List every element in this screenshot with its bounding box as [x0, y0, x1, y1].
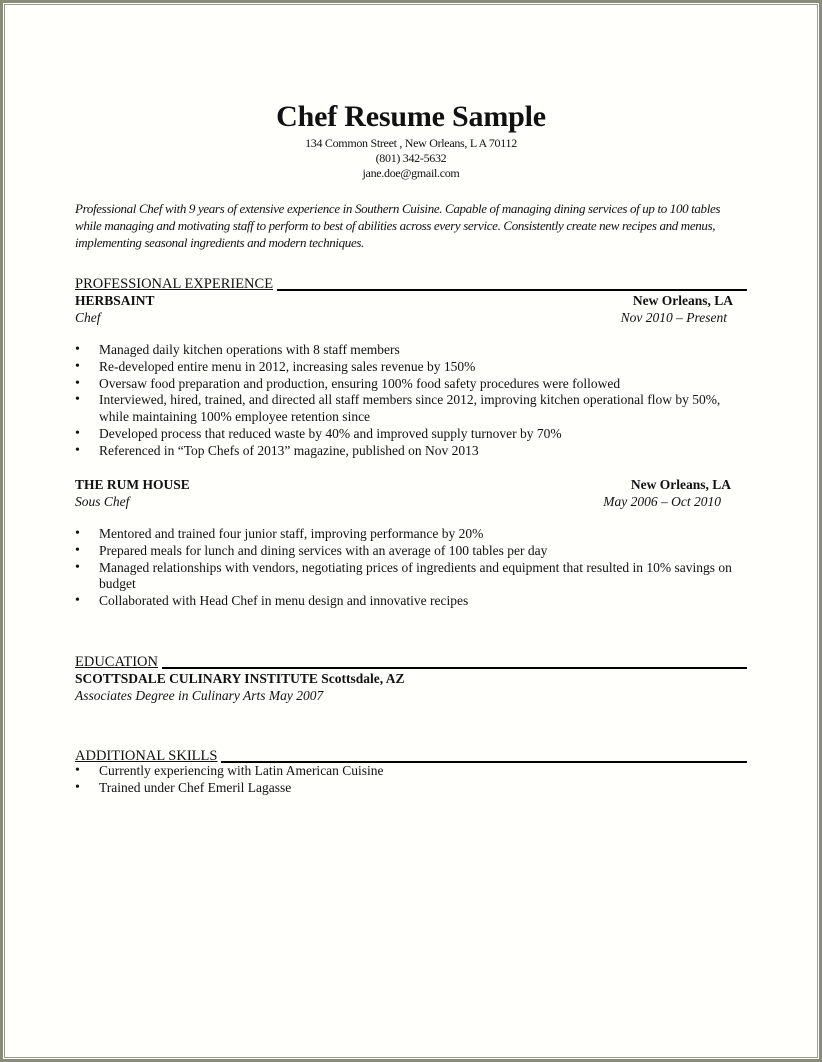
job-role-row: Chef Nov 2010 – Present [75, 309, 747, 326]
job-dates: May 2006 – Oct 2010 [603, 493, 721, 510]
list-item: Currently experiencing with Latin Americ… [75, 763, 747, 780]
job-bullets-rum-house: Mentored and trained four junior staff, … [75, 526, 747, 610]
school-name: SCOTTSDALE CULINARY INSTITUTE Scottsdale… [75, 670, 404, 687]
section-header-experience: PROFESSIONAL EXPERIENCE [75, 274, 747, 292]
list-item: Developed process that reduced waste by … [75, 426, 747, 443]
education-degree-row: Associates Degree in Culinary Arts May 2… [75, 687, 747, 704]
list-item: Trained under Chef Emeril Lagasse [75, 780, 747, 797]
contact-phone: (801) 342-5632 [75, 151, 747, 166]
resume-title: Chef Resume Sample [75, 100, 747, 134]
section-title-skills: ADDITIONAL SKILLS [75, 748, 221, 764]
job-role: Chef [75, 309, 101, 326]
job-location: New Orleans, LA [631, 476, 731, 493]
employer-name: HERBSAINT [75, 292, 155, 309]
job-bullets-herbsaint: Managed daily kitchen operations with 8 … [75, 342, 747, 460]
list-item: Referenced in “Top Chefs of 2013” magazi… [75, 443, 747, 460]
list-item: Interviewed, hired, trained, and directe… [75, 392, 747, 426]
section-header-education: EDUCATION [75, 652, 747, 670]
contact-email: jane.doe@gmail.com [75, 166, 747, 181]
job-location: New Orleans, LA [633, 292, 733, 309]
list-item: Prepared meals for lunch and dining serv… [75, 543, 747, 560]
list-item: Collaborated with Head Chef in menu desi… [75, 593, 747, 610]
section-header-skills: ADDITIONAL SKILLS [75, 746, 747, 764]
job-role: Sous Chef [75, 493, 129, 510]
section-rule [277, 289, 747, 291]
employer-name: THE RUM HOUSE [75, 476, 190, 493]
section-title-education: EDUCATION [75, 654, 162, 670]
skills-bullets: Currently experiencing with Latin Americ… [75, 763, 747, 797]
degree: Associates Degree in Culinary Arts May 2… [75, 687, 323, 704]
list-item: Managed relationships with vendors, nego… [75, 560, 747, 594]
job-header-herbsaint: HERBSAINT New Orleans, LA [75, 292, 747, 309]
job-header-rum-house: THE RUM HOUSE New Orleans, LA [75, 476, 747, 493]
job-dates: Nov 2010 – Present [621, 309, 727, 326]
job-role-row: Sous Chef May 2006 – Oct 2010 [75, 493, 747, 510]
section-rule [162, 667, 747, 669]
list-item: Managed daily kitchen operations with 8 … [75, 342, 747, 359]
list-item: Re-developed entire menu in 2012, increa… [75, 359, 747, 376]
professional-summary: Professional Chef with 9 years of extens… [75, 200, 747, 251]
education-school-row: SCOTTSDALE CULINARY INSTITUTE Scottsdale… [75, 670, 747, 687]
list-item: Mentored and trained four junior staff, … [75, 526, 747, 543]
list-item: Oversaw food preparation and production,… [75, 376, 747, 393]
contact-address: 134 Common Street , New Orleans, L A 701… [75, 136, 747, 151]
section-title-experience: PROFESSIONAL EXPERIENCE [75, 276, 277, 292]
